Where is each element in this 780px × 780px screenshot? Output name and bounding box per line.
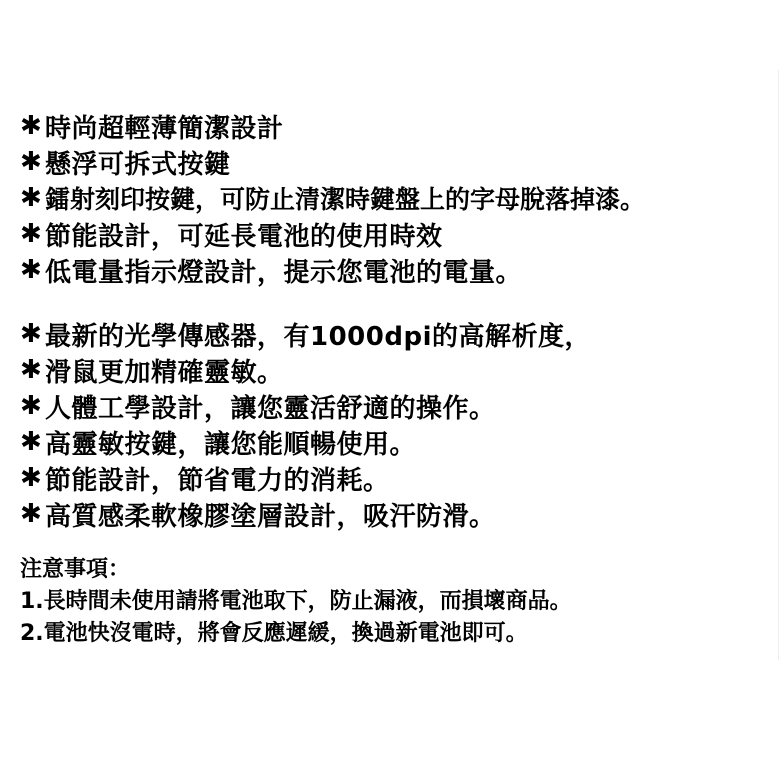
feature-list-keyboard: ✱ 時尚超輕薄簡潔設計 ✱ 懸浮可拆式按鍵 ✱ 鐳射刻印按鍵，可防止清潔時鍵盤上… [20,108,645,288]
feature-text: 最新的光學傳感器，有1000dpi的高解析度， [45,316,591,353]
feature-text: 懸浮可拆式按鍵 [45,144,231,181]
asterisk-bullet-icon: ✱ [20,149,45,175]
feature-item: ✱ 節能設計，節省電力的消耗。 [20,460,591,496]
asterisk-bullet-icon: ✱ [20,221,45,247]
asterisk-bullet-icon: ✱ [20,429,45,455]
asterisk-bullet-icon: ✱ [20,357,45,383]
feature-text: 高靈敏按鍵，讓您能順暢使用。 [45,424,416,461]
feature-text: 低電量指示燈設計，提示您電池的電量。 [45,252,522,289]
notes-section: 注意事項： 1.長時間未使用請將電池取下，防止漏液，而損壞商品。 2.電池快沒電… [20,554,572,650]
feature-item: ✱ 高質感柔軟橡膠塗層設計，吸汗防滑。 [20,496,591,532]
feature-text: 時尚超輕薄簡潔設計 [45,108,284,145]
asterisk-bullet-icon: ✱ [20,185,45,211]
feature-text: 節能設計，節省電力的消耗。 [45,460,390,497]
feature-item: ✱ 人體工學設計，讓您靈活舒適的操作。 [20,388,591,424]
feature-item: ✱ 最新的光學傳感器，有1000dpi的高解析度， [20,316,591,352]
feature-item: ✱ 低電量指示燈設計，提示您電池的電量。 [20,252,645,288]
asterisk-bullet-icon: ✱ [20,257,45,283]
feature-list-mouse: ✱ 最新的光學傳感器，有1000dpi的高解析度， ✱ 滑鼠更加精確靈敏。 ✱ … [20,316,591,532]
feature-item: ✱ 高靈敏按鍵，讓您能順暢使用。 [20,424,591,460]
asterisk-bullet-icon: ✱ [20,113,45,139]
note-item: 1.長時間未使用請將電池取下，防止漏液，而損壞商品。 [20,586,572,618]
feature-item: ✱ 節能設計，可延長電池的使用時效 [20,216,645,252]
feature-text: 人體工學設計，讓您靈活舒適的操作。 [45,388,496,425]
feature-item: ✱ 懸浮可拆式按鍵 [20,144,645,180]
asterisk-bullet-icon: ✱ [20,501,45,527]
asterisk-bullet-icon: ✱ [20,465,45,491]
feature-item: ✱ 滑鼠更加精確靈敏。 [20,352,591,388]
feature-text: 滑鼠更加精確靈敏。 [45,352,284,389]
feature-item: ✱ 時尚超輕薄簡潔設計 [20,108,645,144]
right-edge-divider [778,70,779,660]
feature-text: 高質感柔軟橡膠塗層設計，吸汗防滑。 [45,496,496,533]
feature-text: 鐳射刻印按鍵，可防止清潔時鍵盤上的字母脫落掉漆。 [45,180,645,216]
notes-title: 注意事項： [20,554,572,586]
asterisk-bullet-icon: ✱ [20,321,45,347]
note-item: 2.電池快沒電時，將會反應遲緩，換過新電池即可。 [20,618,572,650]
feature-item: ✱ 鐳射刻印按鍵，可防止清潔時鍵盤上的字母脫落掉漆。 [20,180,645,216]
asterisk-bullet-icon: ✱ [20,393,45,419]
feature-text: 節能設計，可延長電池的使用時效 [45,216,443,253]
